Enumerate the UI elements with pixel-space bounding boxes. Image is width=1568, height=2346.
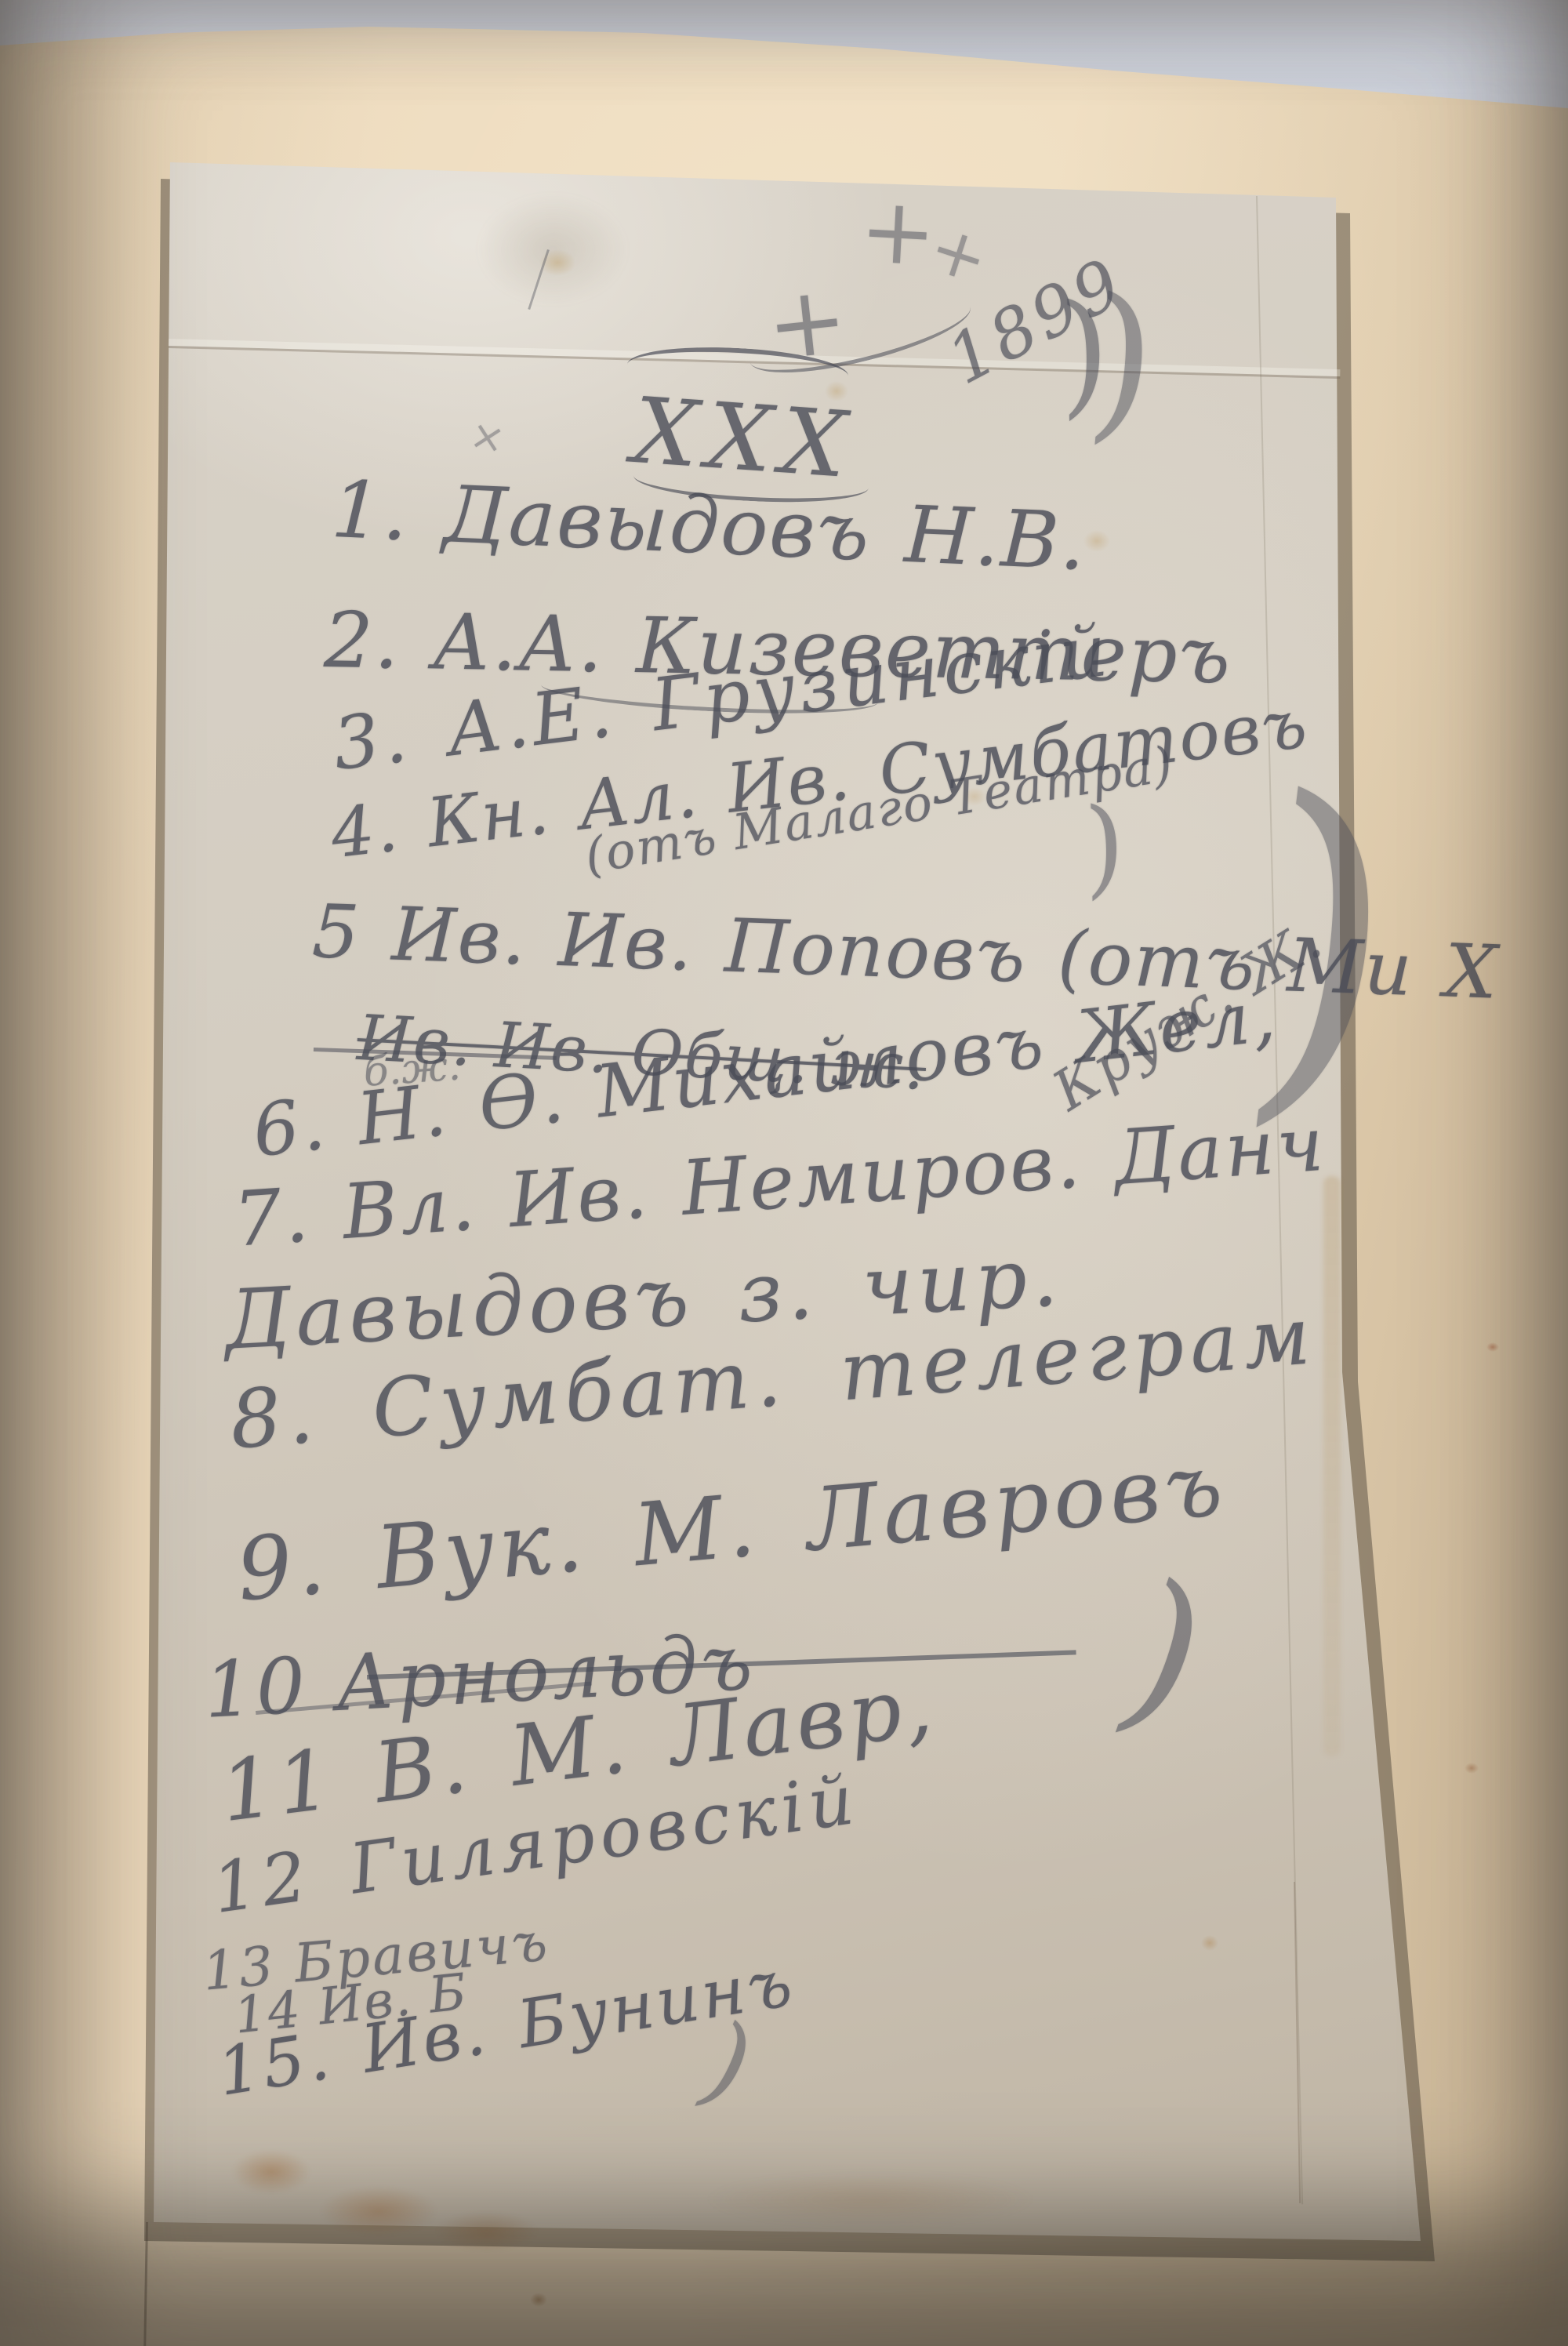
handwritten-title: XXX <box>630 386 858 492</box>
photo-of-document: + + + × 1899 ) ) XXX 1. Давыдовъ Н.В. 2.… <box>0 0 1568 2346</box>
pencil-cross-mark: + <box>762 271 851 374</box>
